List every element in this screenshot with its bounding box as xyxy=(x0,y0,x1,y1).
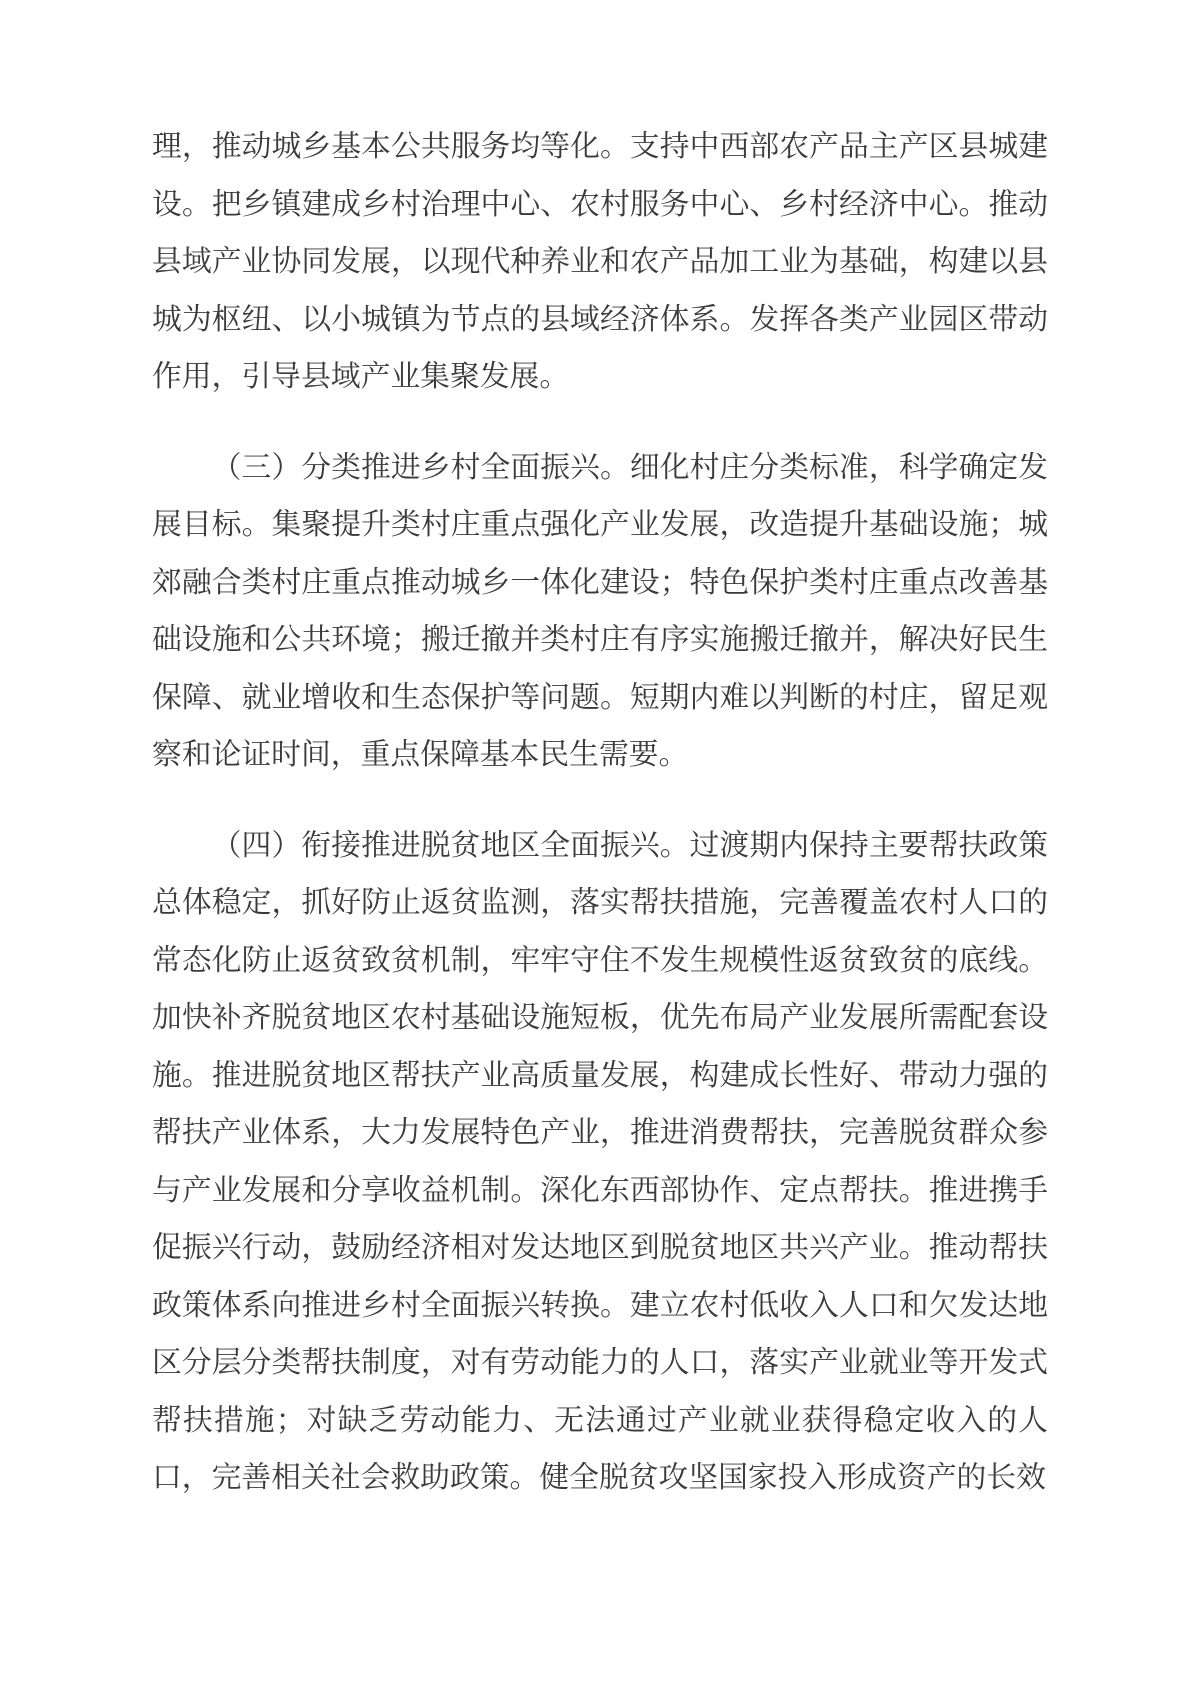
paragraph-continuation: 理，推动城乡基本公共服务均等化。支持中西部农产品主产区县城建设。把乡镇建成乡村治… xyxy=(152,118,1048,406)
paragraph-section-3: （三）分类推进乡村全面振兴。细化村庄分类标准，科学确定发展目标。集聚提升类村庄重… xyxy=(152,439,1048,784)
document-text-block: 理，推动城乡基本公共服务均等化。支持中西部农产品主产区县城建设。把乡镇建成乡村治… xyxy=(152,118,1048,1507)
paragraph-section-4: （四）衔接推进脱贫地区全面振兴。过渡期内保持主要帮扶政策总体稳定，抓好防止返贫监… xyxy=(152,817,1048,1507)
document-page: 理，推动城乡基本公共服务均等化。支持中西部农产品主产区县城建设。把乡镇建成乡村治… xyxy=(0,0,1200,1698)
